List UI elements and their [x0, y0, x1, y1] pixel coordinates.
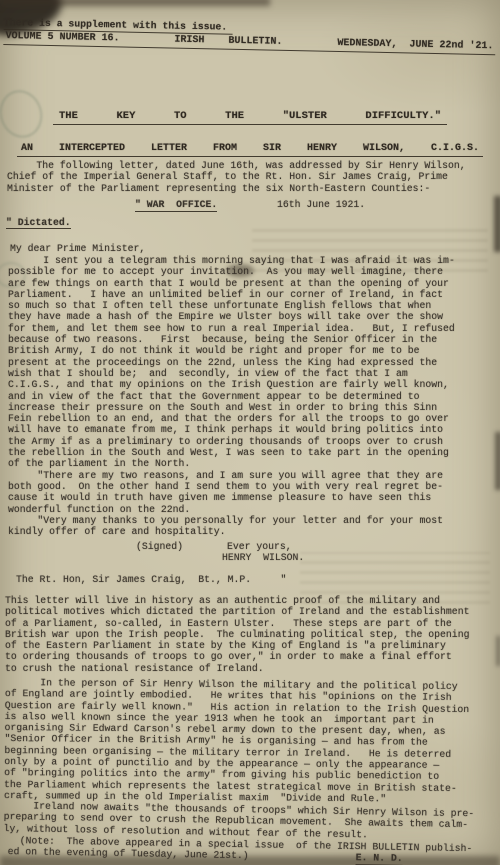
scan-streak-right-1 — [494, 196, 500, 252]
letter-paragraph-1: I sent you a telegram this morning sayin… — [8, 255, 495, 470]
document-page: There is a supplement with this issue. V… — [0, 0, 500, 865]
letter-paragraph-2: "There are my two reasons, and I am sure… — [8, 470, 495, 515]
salutation: My dear Prime Minister, — [10, 243, 145, 254]
masthead-volume: VOLUME 5 NUMBER 16. — [5, 30, 119, 45]
masthead-publication: IRISH BULLETIN. — [174, 34, 282, 49]
end-mark: E. N. D. — [356, 852, 403, 865]
dictated-label: " Dictated. — [6, 217, 71, 229]
subheadline-row: AN INTERCEPTED LETTER FROM SIR HENRY WIL… — [0, 137, 500, 157]
signed-closing: Ever yours, — [227, 541, 292, 552]
masthead: There is a supplement with this issue. V… — [3, 12, 496, 55]
letter-date: 16th June 1921. — [277, 199, 365, 210]
letter-paragraph-3: "Very many thanks to you personally for … — [8, 515, 495, 538]
scan-smudge-top-edge — [0, 0, 270, 6]
letter-body: I sent you a telegram this morning sayin… — [8, 255, 495, 537]
headline: THE KEY TO THE "ULSTER DIFFICULTY." — [53, 110, 447, 125]
subheadline: AN INTERCEPTED LETTER FROM SIR HENRY WIL… — [17, 143, 483, 157]
scan-streak-right-2 — [495, 432, 500, 490]
signature-row: (Signed) Ever yours, — [136, 541, 292, 552]
war-office-heading: " WAR OFFICE. — [135, 199, 217, 212]
commentary-paragraph-1: This letter will live in history as an a… — [5, 595, 497, 674]
addressee-line: The Rt. Hon, Sir James Craig, Bt., M.P. … — [16, 574, 286, 585]
dictated-row: " Dictated. — [6, 217, 71, 228]
headline-row: THE KEY TO THE "ULSTER DIFFICULTY." — [0, 105, 500, 125]
signed-name: HENRY WILSON. — [222, 552, 304, 563]
commentary-paragraph-2: In the person of Sir Henry Wilson the mi… — [4, 677, 497, 806]
masthead-date: WEDNESDAY, JUNE 22nd '21. — [337, 37, 493, 53]
intro-paragraph: The following letter, dated June 16th, w… — [7, 160, 494, 194]
signed-label: (Signed) — [136, 541, 183, 552]
